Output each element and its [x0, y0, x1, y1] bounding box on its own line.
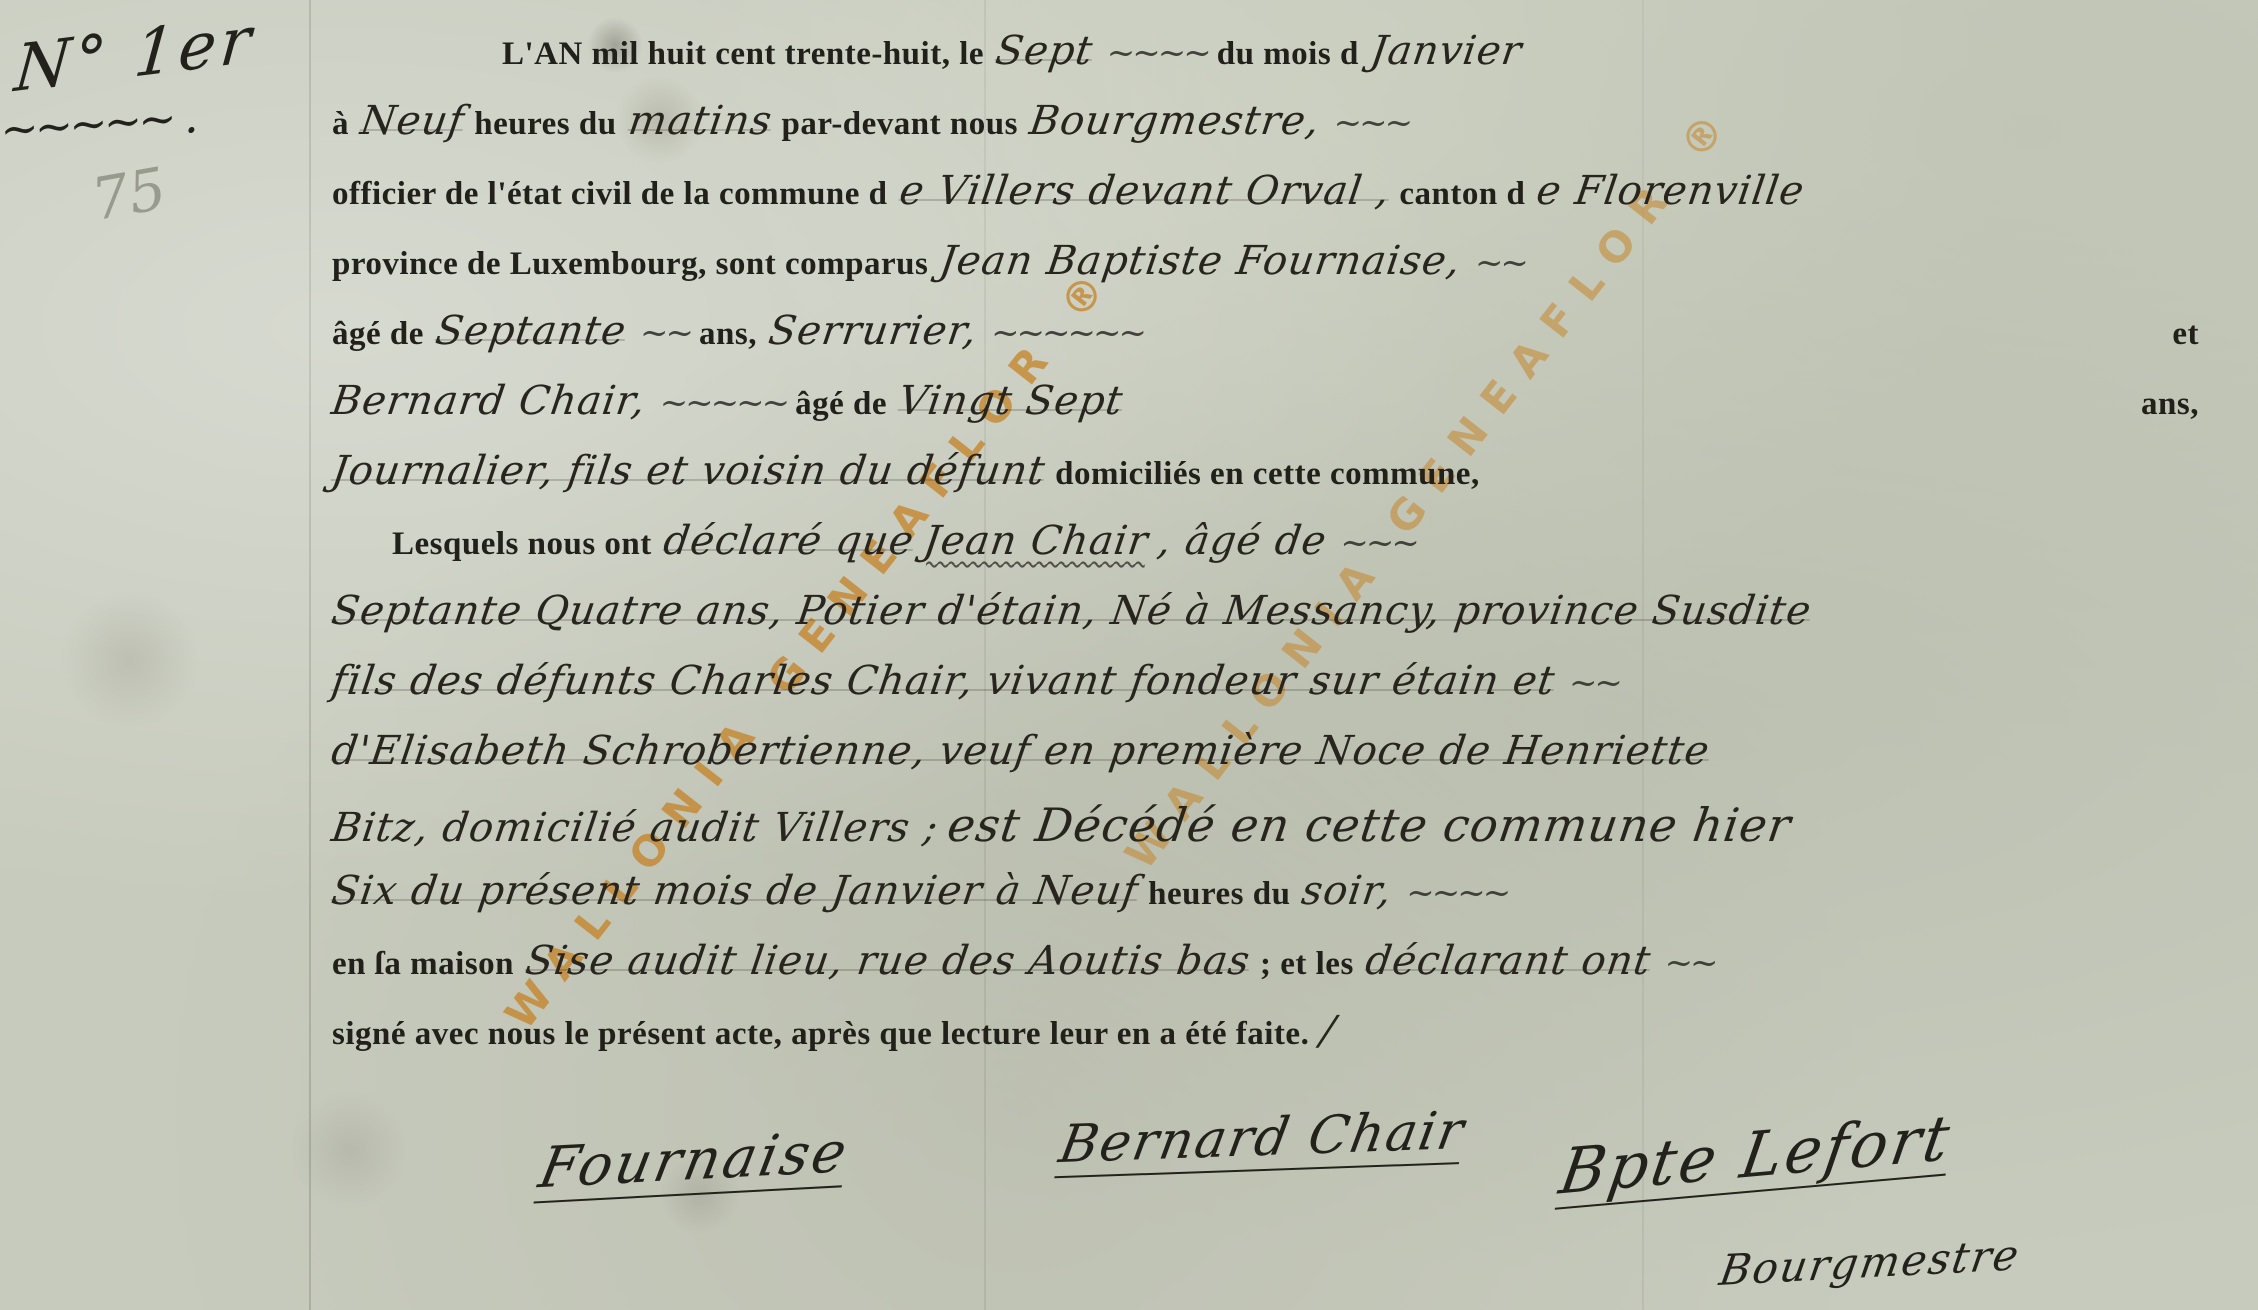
text-line-10: fils des défunts Charles Chair, vivant f…	[330, 658, 2235, 728]
handwritten-entry: Neuf	[358, 98, 468, 144]
handwritten-entry: Sise audit lieu, rue des Aoutis bas	[523, 938, 1253, 984]
printed-form-text: signé avec nous le présent acte, après q…	[332, 1016, 1309, 1053]
handwritten-entry: e Villers devant Orval ,	[896, 168, 1392, 214]
printed-form-text: âgé de	[332, 316, 424, 353]
handwritten-entry: Jean Baptiste Fournaise,	[937, 238, 1464, 284]
handwritten-entry: Journalier, fils et voisin du défunt	[329, 448, 1049, 494]
handwritten-entry: Septante Quatre ans, Potier d'étain, Né …	[329, 588, 1815, 634]
text-line-7: Journalier, fils et voisin du défuntdomi…	[330, 448, 2235, 518]
ruled-fill-line: ~~	[1475, 243, 1526, 283]
printed-form-text: L'AN mil huit cent trente-huit, le	[502, 36, 984, 73]
scanned-document: { "page": { "margin": { "number": "N° 1e…	[0, 0, 2258, 1310]
handwritten-entry: d'Elisabeth Schrobertienne, veuf en prem…	[329, 728, 1713, 774]
printed-form-text: ans,	[2141, 386, 2199, 423]
ruled-fill-line: ~~~~~	[660, 383, 787, 423]
printed-form-text: Lesquels nous ont	[392, 526, 652, 563]
handwritten-entry: , âgé de	[1155, 518, 1330, 564]
ruled-fill-line: ~~~~~~	[991, 313, 1144, 353]
text-line-15: signé avec nous le présent acte, après q…	[330, 1008, 2235, 1078]
handwritten-entry: Vingt Sept	[896, 378, 1126, 424]
handwritten-entry: soir,	[1299, 868, 1395, 914]
text-line-11: d'Elisabeth Schrobertienne, veuf en prem…	[330, 728, 2235, 798]
ruled-fill-line: ~~	[640, 313, 691, 353]
handwritten-entry: déclarant ont	[1363, 938, 1654, 984]
printed-form-text: ; et les	[1260, 946, 1354, 983]
text-line-3: officier de l'état civil de la commune d…	[330, 168, 2235, 238]
printed-form-text: du mois d	[1217, 36, 1359, 73]
handwritten-entry: e Florenville	[1534, 168, 1808, 214]
printed-form-text: officier de l'état civil de la commune d	[332, 176, 888, 213]
ruled-fill-line: ~~~	[1334, 103, 1410, 143]
handwritten-entry: déclaré que	[661, 518, 917, 564]
printed-form-text: ans,	[699, 316, 757, 353]
printed-form-text: domiciliés en cette commune,	[1055, 456, 1480, 493]
text-line-2: àNeufheures dumatinspar-devant nousBourg…	[330, 98, 2235, 168]
handwritten-entry: Jean Chair	[920, 518, 1151, 564]
text-line-4: province de Luxembourg, sont comparusJea…	[330, 238, 2235, 308]
text-line-1: L'AN mil huit cent trente-huit, leSept~~…	[330, 28, 2235, 98]
text-line-6: Bernard Chair,~~~~~âgé deVingt Septans,	[330, 378, 2235, 448]
ruled-fill-line: ~~~~	[1406, 873, 1508, 913]
printed-form-text: heures du	[1148, 876, 1290, 913]
printed-form-text: à	[332, 106, 349, 143]
handwritten-entry: Septante	[433, 308, 630, 354]
handwritten-entry: matins	[625, 98, 774, 144]
ruled-fill-line: ~~	[1569, 663, 1620, 703]
handwritten-entry: Six du présent mois de Janvier à Neuf	[329, 868, 1142, 914]
handwritten-entry: Bourgmestre,	[1027, 98, 1323, 144]
handwritten-entry: Bitz, domicilié audit Villers ;	[329, 805, 942, 851]
text-line-14: en ſa maisonSise audit lieu, rue des Aou…	[330, 938, 2235, 1008]
ruled-fill-line: ~~~~	[1107, 33, 1209, 73]
printed-form-text: en ſa maison	[332, 946, 514, 983]
pencil-annotation: 75	[87, 154, 171, 234]
handwritten-entry: fils des défunts Charles Chair, vivant f…	[329, 658, 1558, 704]
handwritten-entry: Sept	[993, 28, 1096, 74]
printed-form-text: et	[2172, 316, 2199, 353]
text-line-12: Bitz, domicilié audit Villers ;est Décéd…	[330, 798, 2235, 868]
handwritten-entry: Serrurier,	[766, 308, 981, 354]
printed-form-text: par-devant nous	[782, 106, 1018, 143]
ruled-fill-line: ~~~	[1340, 523, 1416, 563]
handwritten-entry: /	[1318, 1008, 1339, 1054]
text-line-13: Six du présent mois de Janvier à Neufheu…	[330, 868, 2235, 938]
text-line-5: âgé deSeptante~~ans,Serrurier,~~~~~~et	[330, 308, 2235, 378]
text-line-9: Septante Quatre ans, Potier d'étain, Né …	[330, 588, 2235, 658]
handwritten-entry: Bernard Chair,	[329, 378, 649, 424]
printed-form-text: âgé de	[795, 386, 887, 423]
printed-form-text: canton d	[1399, 176, 1525, 213]
printed-form-text: heures du	[474, 106, 616, 143]
text-line-8: Lesquels nous ontdéclaré queJean Chair, …	[330, 518, 2235, 588]
printed-form-text: province de Luxembourg, sont comparus	[332, 246, 928, 283]
handwritten-entry: Janvier	[1368, 28, 1525, 74]
handwritten-entry: est Décédé en cette commune hier	[944, 798, 1795, 852]
ruled-fill-line: ~~	[1665, 943, 1716, 983]
document-lines: L'AN mil huit cent trente-huit, leSept~~…	[330, 28, 2235, 1078]
